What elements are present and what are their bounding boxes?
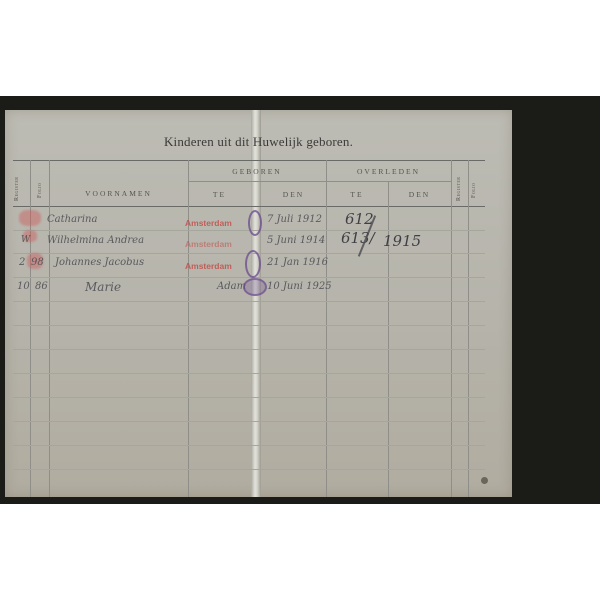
- row-line: [13, 421, 485, 422]
- header-bottom-rule: [13, 206, 485, 207]
- row4-folio: 86: [35, 281, 48, 292]
- header-overleden: OVERLEDEN: [326, 167, 451, 176]
- row-line: [13, 301, 485, 302]
- row2-geboren-den: 5 Juni 1914: [267, 235, 325, 246]
- row4-geboren-te: Adam: [217, 281, 246, 292]
- row3-geboren-den: 21 Jan 1916: [267, 257, 328, 268]
- col-divider: [49, 160, 50, 497]
- row-line: [13, 397, 485, 398]
- purple-seal-stamp: [243, 278, 267, 296]
- header-voornamen: VOORNAMEN: [49, 189, 188, 198]
- row-line: [13, 373, 485, 374]
- col-divider: [326, 160, 327, 497]
- table-top-rule: [13, 160, 485, 161]
- col-divider: [468, 160, 469, 497]
- row2-geboren-te: Amsterdam: [185, 239, 232, 249]
- col-divider: [188, 160, 189, 497]
- row1-geboren-den: 7 Juli 1912: [267, 214, 322, 225]
- header-folio-left: Folio: [37, 164, 43, 198]
- row4-register: 10: [17, 281, 30, 292]
- row2-overleden-den: 1915: [383, 232, 421, 250]
- subheader-rule: [188, 181, 451, 182]
- header-register-left: Register: [14, 161, 20, 201]
- row-line: [13, 349, 485, 350]
- header-overleden-den: DEN: [388, 190, 451, 199]
- row3-folio: 98: [31, 257, 44, 268]
- row1-voornamen: Catharina: [47, 214, 97, 225]
- purple-seal-stamp: [245, 250, 261, 278]
- row1-geboren-te: Amsterdam: [185, 218, 232, 228]
- header-geboren-te: TE: [188, 190, 251, 199]
- page-title: Kinderen uit dit Huwelijk geboren.: [5, 134, 512, 150]
- header-geboren: GEBOREN: [188, 167, 326, 176]
- row4-voornamen: Marie: [85, 280, 121, 294]
- red-stamp-mark: [19, 210, 41, 226]
- header-register-right: Register: [456, 161, 462, 201]
- row-line: [13, 469, 485, 470]
- header-geboren-den: DEN: [261, 190, 326, 199]
- row-line: [13, 445, 485, 446]
- purple-seal-stamp: [248, 210, 262, 236]
- header-overleden-te: TE: [326, 190, 388, 199]
- row3-voornamen: Johannes Jacobus: [55, 257, 144, 268]
- row3-register: 2: [19, 257, 25, 268]
- col-divider: [451, 160, 452, 497]
- register-page: Kinderen uit dit Huwelijk geboren. Regis…: [5, 110, 512, 497]
- row2-voornamen: Wilhelmina Andrea: [47, 235, 144, 246]
- row2-register: W: [21, 235, 30, 245]
- document-photo: Kinderen uit dit Huwelijk geboren. Regis…: [0, 96, 600, 504]
- paper-stain: [481, 477, 488, 484]
- row-line: [13, 325, 485, 326]
- row3-geboren-te: Amsterdam: [185, 261, 232, 271]
- header-folio-right: Folio: [471, 164, 477, 198]
- col-divider: [388, 181, 389, 497]
- row4-geboren-den: 10 Juni 1925: [267, 281, 332, 292]
